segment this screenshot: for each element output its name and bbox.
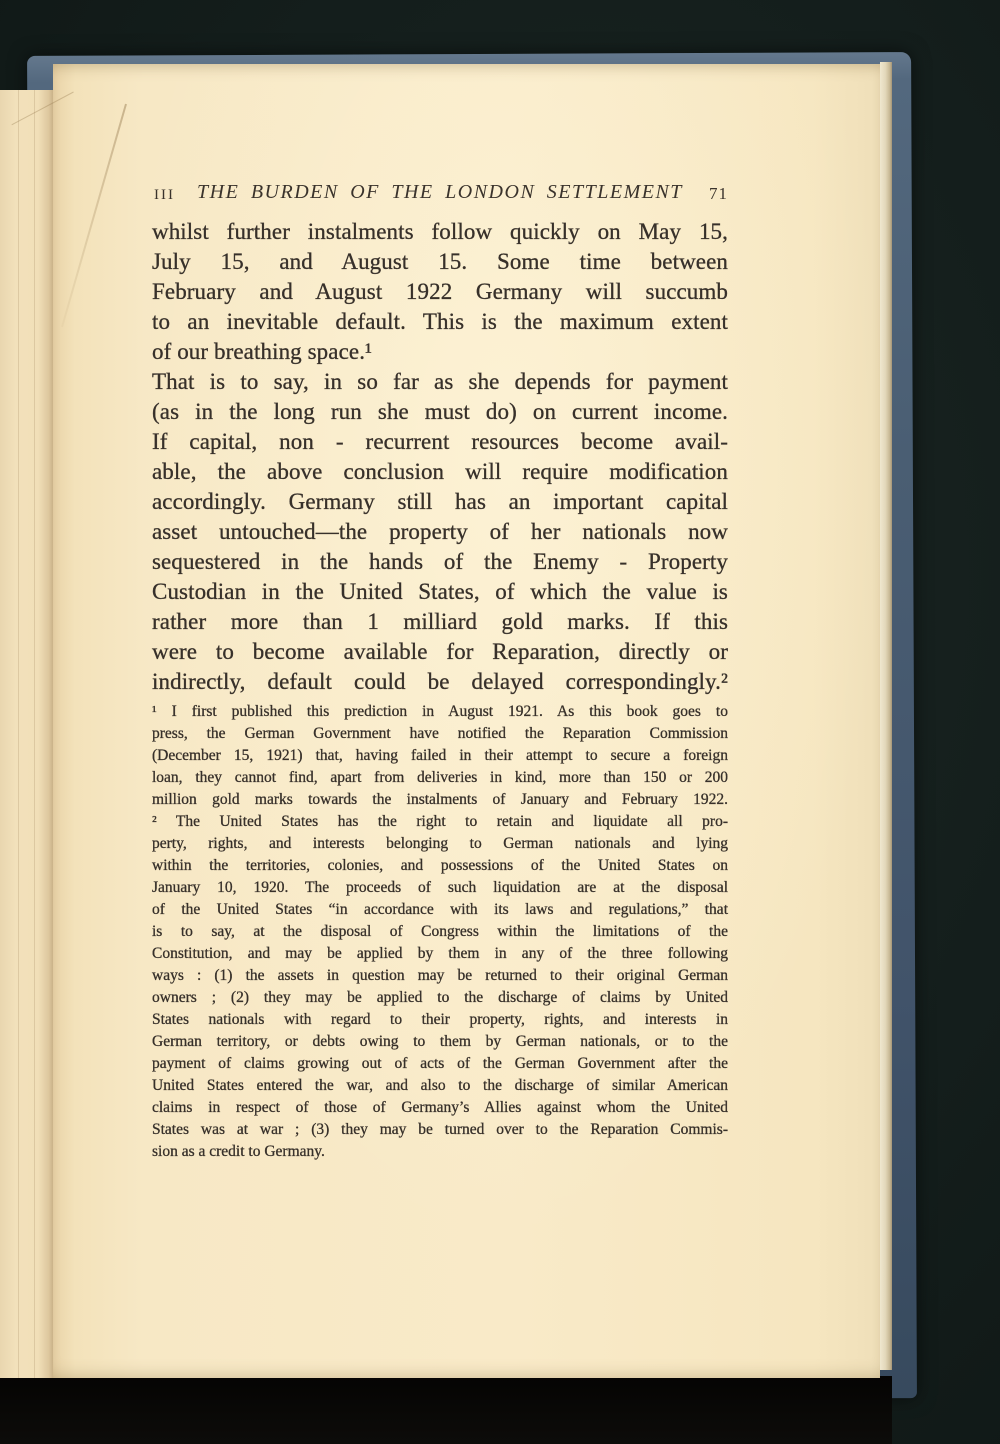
text-line: accordingly. Germany still has an import…	[152, 487, 728, 517]
text-line: indirectly, default could be delayed cor…	[152, 667, 728, 697]
text-line: February and August 1922 Germany will su…	[152, 277, 728, 307]
page-crease-mark	[61, 104, 127, 328]
text-line: sequestered in the hands of the Enemy - …	[152, 547, 728, 577]
footnote-line: ¹ I first published this prediction in A…	[152, 701, 728, 723]
footnote-line: ² The United States has the right to ret…	[152, 811, 728, 833]
footnote-line: is to say, at the disposal of Congress w…	[152, 921, 728, 943]
text-line: If capital, non - recurrent resources be…	[152, 427, 728, 457]
body-text: whilst further instalments follow quickl…	[152, 217, 728, 697]
text-line: able, the above conclusion will require …	[152, 457, 728, 487]
footnote-line: (December 15, 1921) that, having failed …	[152, 745, 728, 767]
running-title: THE BURDEN OF THE LONDON SETTLEMENT	[152, 181, 728, 204]
footnote-line: owners ; (2) they may be applied to the …	[152, 987, 728, 1009]
text-line: rather more than 1 milliard gold marks. …	[152, 607, 728, 637]
footnote-line: United States entered the war, and also …	[152, 1075, 728, 1097]
footnote-line: of the United States “in accordance with…	[152, 899, 728, 921]
text-line: That is to say, in so far as she depends…	[152, 367, 728, 397]
chapter-numeral: III	[154, 187, 175, 204]
footnote-line: press, the German Government have notifi…	[152, 723, 728, 745]
book-page: III THE BURDEN OF THE LONDON SETTLEMENT …	[53, 64, 880, 1378]
footnote-line: Constitution, and may be applied by them…	[152, 943, 728, 965]
footnote-line: loan, they cannot find, apart from deliv…	[152, 767, 728, 789]
right-page-edges	[880, 62, 892, 1370]
page-number: 71	[709, 184, 728, 204]
left-page-edges	[0, 90, 53, 1378]
text-line: to an inevitable default. This is the ma…	[152, 307, 728, 337]
footnote-line: claims in respect of those of Germany’s …	[152, 1097, 728, 1119]
running-head: III THE BURDEN OF THE LONDON SETTLEMENT …	[152, 181, 728, 207]
page-edge-line	[34, 90, 35, 1378]
text-line: whilst further instalments follow quickl…	[152, 217, 728, 247]
paragraph-1: whilst further instalments follow quickl…	[152, 217, 728, 367]
footnote-line: ways : (1) the assets in question may be…	[152, 965, 728, 987]
footnote-line: within the territories, colonies, and po…	[152, 855, 728, 877]
footnote-line: sion as a credit to Germany.	[152, 1141, 728, 1163]
paragraph-2: That is to say, in so far as she depends…	[152, 367, 728, 697]
text-line: asset untouched—the property of her nati…	[152, 517, 728, 547]
book-bottom-shadow	[0, 1376, 892, 1444]
text-line: were to become available for Reparation,…	[152, 637, 728, 667]
footnote-line: million gold marks towards the instalmen…	[152, 789, 728, 811]
footnotes: ¹ I first published this prediction in A…	[152, 701, 728, 1163]
text-line: July 15, and August 15. Some time betwee…	[152, 247, 728, 277]
text-line: of our breathing space.¹	[152, 337, 728, 367]
footnote-line: States nationals with regard to their pr…	[152, 1009, 728, 1031]
footnote-line: payment of claims growing out of acts of…	[152, 1053, 728, 1075]
footnote-line: German territory, or debts owing to them…	[152, 1031, 728, 1053]
book-photo-scene: III THE BURDEN OF THE LONDON SETTLEMENT …	[0, 0, 1000, 1444]
text-line: (as in the long run she must do) on curr…	[152, 397, 728, 427]
footnote-line: States was at war ; (3) they may be turn…	[152, 1119, 728, 1141]
text-line: Custodian in the United States, of which…	[152, 577, 728, 607]
footnote-line: January 10, 1920. The proceeds of such l…	[152, 877, 728, 899]
footnote-line: perty, rights, and interests belonging t…	[152, 833, 728, 855]
footnote-1: ¹ I first published this prediction in A…	[152, 701, 728, 811]
footnote-2: ² The United States has the right to ret…	[152, 811, 728, 1163]
page-edge-line	[18, 90, 19, 1378]
